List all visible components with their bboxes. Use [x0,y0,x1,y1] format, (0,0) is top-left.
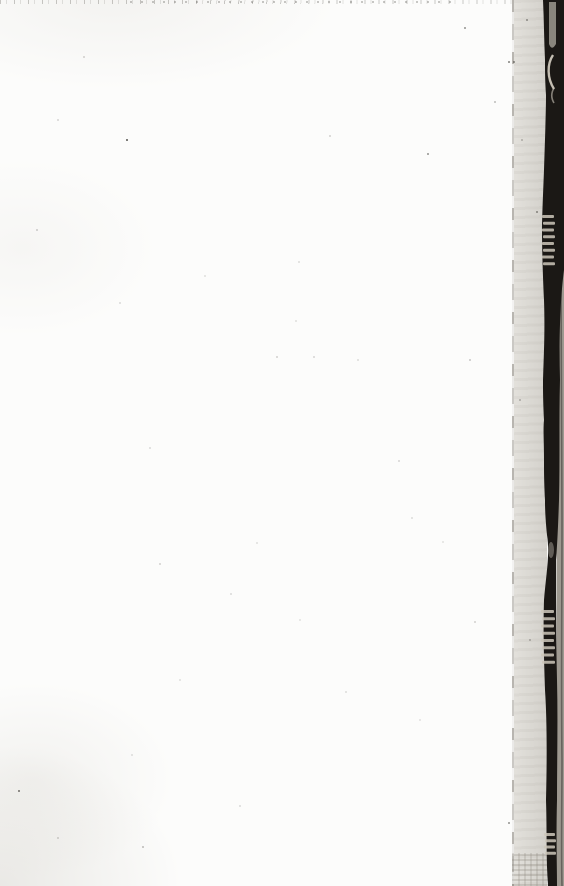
stitch-thread-bar [541,639,554,642]
dust-speck [494,101,496,103]
dust-speck [179,679,181,681]
dust-speck [419,719,421,721]
dust-speck [474,621,476,623]
stitch-thread-bar [541,625,554,628]
dust-speck [442,541,444,543]
dust-speck [256,542,258,544]
dust-speck [513,61,515,63]
dust-speck [329,135,331,137]
dust-speck [83,56,85,58]
dust-speck [57,119,59,121]
stitch-thread-bar [544,833,555,836]
dust-speck [149,447,151,449]
dust-speck [230,593,232,595]
dust-speck [521,139,523,141]
dust-speck [295,320,297,322]
stitch-thread-bar [543,249,555,252]
scan-top-edge-noise-dashes [130,1,460,3]
stitch-thread-bar [543,222,555,225]
dust-speck [519,399,521,401]
stitch-thread-bar [542,646,555,649]
dust-speck [469,359,471,361]
stitch-thread-bar [544,846,555,849]
stitch-thread-bar [542,256,554,259]
spine-kink-highlight [548,542,554,558]
stitch-thread-bar [542,215,554,218]
scanned-book-page [0,0,564,886]
dust-speck [299,619,301,621]
stitch-thread-bar [545,852,556,855]
stitch-thread-bar [543,235,555,238]
dust-speck [57,837,59,839]
stitch-thread-bar [542,242,554,245]
binding-spine [504,0,564,886]
dust-speck [357,359,359,361]
dust-speck [411,517,413,519]
dust-speck [508,61,510,63]
dust-speck [345,691,347,693]
blank-page-surface [0,0,564,886]
stitch-thread-bar [545,839,556,842]
dust-speck [298,261,300,263]
dust-speck [526,19,528,21]
stitch-thread-bar [541,654,554,657]
stitch-thread-bar [542,617,555,620]
dust-speck [131,754,133,756]
dust-speck [119,302,121,304]
stitch-thread-bar [543,262,555,265]
dust-speck [239,805,241,807]
stitch-thread-bar [541,610,554,613]
stitch-thread-bar [542,229,554,232]
dust-speck [398,460,400,462]
dust-speck [427,153,429,155]
dust-speck [464,27,466,29]
dust-speck [529,639,531,641]
stitch-thread-bar [542,661,555,664]
spine-edge-wisp [561,280,562,886]
spine-top-gray-gap [549,2,556,48]
dust-speck [204,275,206,277]
dust-speck [508,822,510,824]
stitch-thread-bar [542,632,555,635]
